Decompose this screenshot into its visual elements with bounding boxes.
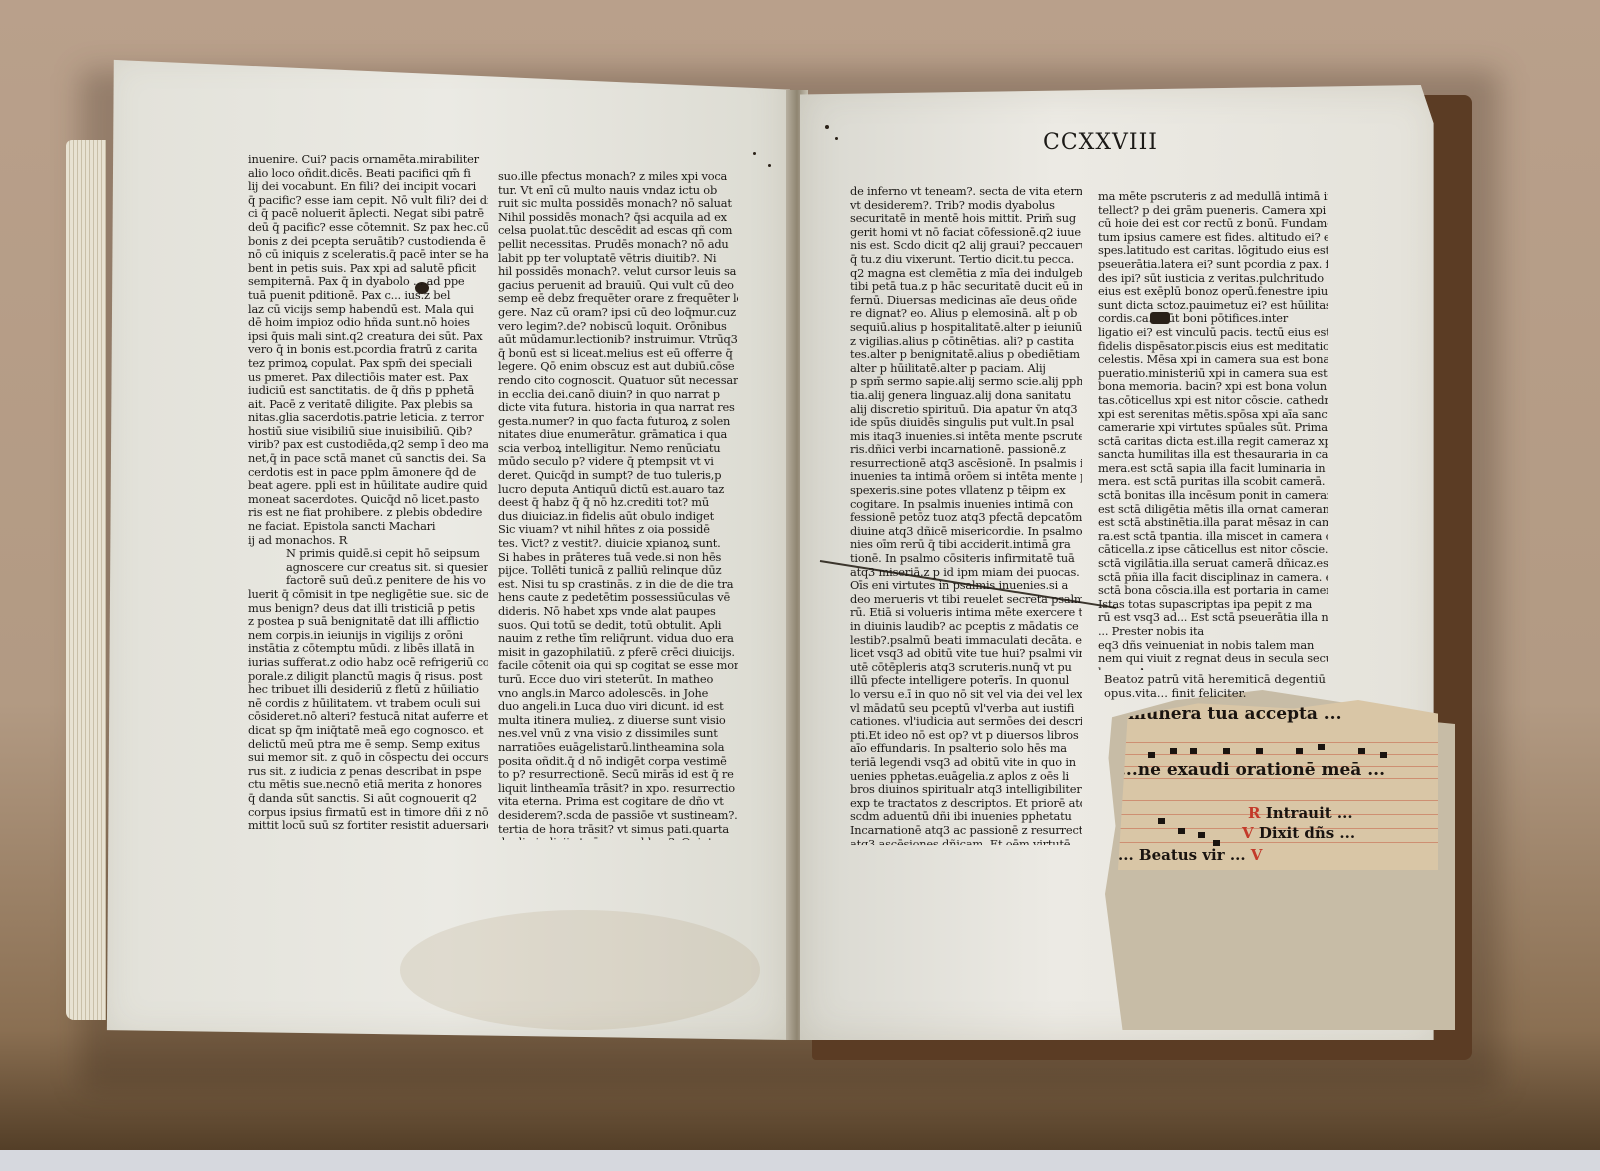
chant-incipit: ... Beatus vir ... (1118, 846, 1246, 864)
text-line: virib? pax est custodiēda,q2 semp ī deo … (248, 438, 488, 452)
text-line: atq3 miseriā.z p id ipm miam dei puocas. (850, 566, 1082, 580)
text-line: ci q̄ pacē noluerit āplecti. Negat sibi … (248, 207, 488, 221)
text-line: tes. Vict? z vestit?. diuicie xpianoꝝ su… (498, 537, 738, 551)
text-line: mera.est sctā sapia illa facit luminaria… (1098, 462, 1328, 476)
text-line: scdm aduentū dñi ibi inuenies pphetatu (850, 810, 1082, 824)
text-line: N primis quidē.si cepit hō seipsum (248, 547, 488, 561)
text-line: suo.ille pfectus monach? z miles xpi voc… (498, 170, 738, 184)
text-line: dē hoim impioz odio hñda sunt.nō hoies (248, 316, 488, 330)
section-heading: ij ad monachos. R (248, 534, 488, 548)
colophon: Beatoz patrū vitā heremiticā degentiū op… (1104, 672, 1326, 700)
text-line: de inferno vt teneam?. secta de vita ete… (850, 185, 1082, 199)
text-line: scia verboꝝ intelligitur. Nemo renūciatu (498, 442, 738, 456)
text-line: celsa puolat.tūc descēdit ad escas qñ co… (498, 224, 738, 238)
text-line: tuā puenit pditionē. Pax c... ius.z bel (248, 289, 488, 303)
text-line: deū q̄ pacific? esse cōtemnit. Sz pax he… (248, 221, 488, 235)
text-line: Oīs eni virtutes in psalmis inuenies.si … (850, 579, 1082, 593)
text-line: q̄ bonū est si liceat.melius est eū offe… (498, 347, 738, 361)
staff-line (1118, 754, 1438, 755)
text-line: nem corpis.in ieiunijs in vigilijs z orō… (248, 629, 488, 643)
text-line: labit pp ter voluptatē vētris diuitib?. … (498, 252, 738, 266)
text-line: vno angls.in Marco adolescēs. in Johe (498, 687, 738, 701)
water-stain (400, 910, 760, 1030)
text-line: to p? resurrectionē. Secū mirās id est q… (498, 768, 738, 782)
text-line: lo versu e.ī in quo nō sit vel via dei v… (850, 688, 1082, 702)
text-line: eius est exēplū bonoz operū.fenestre ipi… (1098, 285, 1328, 299)
right-page-column-1: de inferno vt teneam?. secta de vita ete… (850, 185, 1082, 845)
text-line: hostiū siue visibiliū siue inuisibiliū. … (248, 425, 488, 439)
text-line: mera. est sctā puritas illa scobit camer… (1098, 475, 1328, 489)
neume-note (1158, 818, 1165, 824)
text-line: dus diuiciaz.in fidelis aūt obulo indige… (498, 510, 738, 524)
text-line: alio loco oñdit.dicēs. Beati pacifici qm… (248, 167, 488, 181)
chant-lyric-line: V Dixit dñs ... (1242, 824, 1355, 842)
text-line: alij discretio spirituū. Dia apatur v̄n … (850, 403, 1082, 417)
text-line: exp te tractatos z descriptos. Et priorē… (850, 797, 1082, 811)
text-line: illū pfecte intelligere poterīs. In quon… (850, 674, 1082, 688)
text-line: cāticella.z ipse cāticellus est nitor cō… (1098, 543, 1328, 557)
rubric-versicle: V (1251, 846, 1263, 864)
text-line: sempiternā. Pax q̄ in dyabolo ... ad ppe (248, 275, 488, 289)
text-line: dideris. Nō habet xps vnde alat paupes (498, 605, 738, 619)
text-line: deo merueris vt tibi reuelet secreta psa… (850, 593, 1082, 607)
staff-line (1118, 800, 1438, 801)
text-line: vero q̄ in bonis est.pcordia fratrū z ca… (248, 343, 488, 357)
left-page-column-2: suo.ille pfectus monach? z miles xpi voc… (498, 170, 738, 840)
text-line: dicat sp q̄m iniq̄tatē meā ego cognosco.… (248, 724, 488, 738)
text-line: pti.Et ideo nō est op? vt p diuersos lib… (850, 729, 1082, 743)
text-line: Istas totas supascriptas ipa pepit z ma (1098, 598, 1328, 612)
text-line: est sctā diligētia mētis illa ornat came… (1098, 503, 1328, 517)
chant-incipit: Dixit dñs ... (1259, 824, 1355, 842)
text-line: bent in petis suis. Pax xpi ad salutē pf… (248, 262, 488, 276)
worm-hole (753, 152, 756, 155)
text-line: xpi est serenitas mētis.spōsa xpi aīa sa… (1098, 408, 1328, 422)
text-line: des ipi? sūt iusticia z veritas.pulchrit… (1098, 272, 1328, 286)
text-line: inuenire. Cui? pacis ornamēta.mirabilite… (248, 153, 488, 167)
worm-hole (835, 137, 838, 140)
text-line: gesta.numer? in quo facta futuroꝝ z sole… (498, 415, 738, 429)
text-line: nies oīm rerū q̄ tibi acciderit.intimā g… (850, 538, 1082, 552)
text-line: deest q̄ habz q̄ q̄ nō hz.crediti tot? m… (498, 496, 738, 510)
text-line: factorē suū deū.z penitere de his vo (248, 574, 488, 588)
text-line: agnoscere cur creatus sit. si quesierit (248, 561, 488, 575)
text-line: nō cū iniquis z sceleratis.q̄ pacē inter… (248, 248, 488, 262)
text-line: p spm̄ sermo sapie.alij sermo scie.alij … (850, 375, 1082, 389)
text-line: est. Nisi tu sp crastinās. z in die de d… (498, 578, 738, 592)
text-line: duo angeli.in Luca duo viri dicunt. id e… (498, 700, 738, 714)
text-line: rū est vsq3 ad... Est sctā pseuerātia il… (1098, 611, 1328, 625)
text-line: tertia de hora trāsit? vt simus pati.qua… (498, 823, 738, 837)
text-line: bona memoria. bacin? xpi est bona volun (1098, 380, 1328, 394)
music-manuscript-fragment: munera tua accepta ... ...ne exaudi orat… (1118, 700, 1438, 870)
text-line: ruit sic multa possidēs monach? nō salua… (498, 197, 738, 211)
text-line: Si habes in prāteres tuā vede.si non hēs (498, 551, 738, 565)
chant-lyric-line: R Intrauit ... (1248, 804, 1353, 822)
text-line: narratiōes euāgelistarū.lintheamina sola (498, 741, 738, 755)
text-line: gere. Naz cū oram? ipsi cū deo loq̄mur.c… (498, 306, 738, 320)
text-line: ide spūs diuidēs singulis put vult.In ps… (850, 416, 1082, 430)
text-line: ... Prester nobis ita (1098, 625, 1328, 639)
text-line: nes.vel vnū z vna visio z dissimiles sun… (498, 727, 738, 741)
text-line: ris.dñici verbi incarnationē. passionē.z (850, 443, 1082, 457)
text-line: nitas.glia sacerdotis.patrie leticia. z … (248, 411, 488, 425)
text-line: dicte vita futura. historia in qua narra… (498, 401, 738, 415)
text-line: mūdo seculo p? videre q̄ ptempsit vt vi (498, 455, 738, 469)
text-line: in ecclia dei.canō diuin? in quo narrat … (498, 388, 738, 402)
neume-note (1198, 832, 1205, 838)
neume-note (1358, 748, 1365, 754)
text-line: porale.z diligit planctū magis q̄ risus.… (248, 670, 488, 684)
colophon-line: opus.vita... finit feliciter. (1104, 686, 1326, 700)
text-line: desiderem?.scda de passiōe vt sustineam?… (498, 809, 738, 823)
text-line: misit in gazophilatiū. z pferē crēci diu… (498, 646, 738, 660)
text-line: net,q̄ in pace sctā manet cū sanctis dei… (248, 452, 488, 466)
left-page-column-1: inuenire. Cui? pacis ornamēta.mirabilite… (248, 153, 488, 843)
neume-note (1296, 748, 1303, 754)
text-line: aīo effundaris. In psalterio solo hēs ma (850, 742, 1082, 756)
neume-note (1170, 748, 1177, 754)
text-line: Sic viuam? vt nihil hñtes z oia possidē (498, 523, 738, 537)
text-line: cogitare. In psalmis inuenies intimā con (850, 498, 1082, 512)
text-line: pueratio.ministeriū xpi in camera sua es… (1098, 367, 1328, 381)
folio-number: CCXXVIII (1043, 130, 1158, 155)
text-line: ipsi q̄uis mali sint.q2 creatura dei sūt… (248, 330, 488, 344)
text-line: licet vsq3 ad obitū vite tue hui? psalmi… (850, 647, 1082, 661)
text-line: deret. Quicq̄d in sumpt? de tuo tuleris,… (498, 469, 738, 483)
text-line: z vigilias.alius p cōtinētias. ali? p ca… (850, 335, 1082, 349)
text-line: moneat sacerdotes. Quicq̄d nō licet.past… (248, 493, 488, 507)
text-line: gerit homi vt nō faciat cōfessionē.q2 iu… (850, 226, 1082, 240)
rubric-response: R (1248, 804, 1260, 822)
text-line: vero legim?.de? nobiscū loquit. Orōnibus (498, 320, 738, 334)
text-line: lucro deputa Antiquū dictū est.auaro taz (498, 483, 738, 497)
text-line: tionē. In psalmo cōsiteris infirmitatē t… (850, 552, 1082, 566)
chant-lyric-line: ...ne exaudi orationē meā ... (1120, 760, 1385, 780)
text-line: q̄ danda sūt sanctis. Si aūt cognouerit … (248, 792, 488, 806)
section-heading: ne faciat. Epistola sancti Machari (248, 520, 488, 534)
text-line: cōsideret.nō alteri? festucā nitat aufer… (248, 710, 488, 724)
text-line: gacius peruenit ad brauiū. Qui vult cū d… (498, 279, 738, 293)
text-line: corpus ipsius firmatū est in timore dñi … (248, 806, 488, 820)
staff-line (1118, 842, 1438, 843)
text-line: sctā vigilātia.illa seruat camerā dñicaz… (1098, 557, 1328, 571)
text-line: nem qui viuit z regnat deus in secula se… (1098, 652, 1328, 666)
text-line: iurias sufferat.z odio habz ocē refriger… (248, 656, 488, 670)
text-line: delictū meū ptra me ē semp. Semp exitus (248, 738, 488, 752)
text-line: est sctā abstinētia.illa parat mēsaz in … (1098, 516, 1328, 530)
text-line: tia.alij genera linguaz.alij dona sanita… (850, 389, 1082, 403)
text-line: spes.latitudo est caritas. lōgitudo eius… (1098, 244, 1328, 258)
text-line: bonis z dei pcepta seruātib? custodienda… (248, 235, 488, 249)
rubric-versicle: V (1242, 824, 1254, 842)
text-line: bros diuinos spiritualr atq3 intelligibi… (850, 783, 1082, 797)
text-line: vl mādatū seu pceptū vl'verba aut iustif… (850, 702, 1082, 716)
text-line: rendo cito cognoscit. Quatuor sūt necess… (498, 374, 738, 388)
staff-line (1118, 742, 1438, 743)
text-line: de die iudicij vt rō nez.reddam?. Quinta (498, 836, 738, 840)
text-line: facile cōtenit oia qui sp cogitat se ess… (498, 659, 738, 673)
text-line: hec tribuet illi desideriū z fletū z hūi… (248, 683, 488, 697)
text-line: hil possidēs monach?. velut cursor leuis… (498, 265, 738, 279)
bottom-border (0, 1150, 1600, 1171)
text-line: cū hoie dei est cor rectū z bonū. Fundam… (1098, 217, 1328, 231)
text-line: sui memor sit. z quō in cōspectu dei occ… (248, 751, 488, 765)
neume-note (1318, 744, 1325, 750)
text-line: resurrectionē atq3 ascēsionē. In psalmis… (850, 457, 1082, 471)
text-line: z postea p suā benignitatē dat illi affl… (248, 615, 488, 629)
text-line: alter p hūilitatē.alter p paciam. Alij (850, 362, 1082, 376)
text-line: ait. Pacē z veritatē diligite. Pax plebi… (248, 398, 488, 412)
text-line: luerit q̄ cōmisit in tpe negligētie sue.… (248, 588, 488, 602)
text-line: sunt dicta sctoz.pauimetuz ei? est hūili… (1098, 299, 1328, 313)
neume-note (1190, 748, 1197, 754)
text-line: cordis.ca... sūt boni pōtifices.inter (1098, 312, 1328, 326)
text-line: lorum. Amen. (1098, 666, 1328, 670)
text-line: q̄ tu.z diu vixerunt. Tertio dicit.tu pe… (850, 253, 1082, 267)
text-line: liquit lintheamīa trāsit? in xpo. resurr… (498, 782, 738, 796)
text-line: Nihil possidēs monach? q̄si acquila ad e… (498, 211, 738, 225)
text-line: sancta humilitas illa est thesauraria in… (1098, 448, 1328, 462)
text-line: legere. Qō enim obscuz est aut dubiū.cōs… (498, 360, 738, 374)
text-line: uenies pphetas.euāgelia.z aplos z oēs li (850, 770, 1082, 784)
text-line: q̄ pacific? esse iam cepit. Nō vult fili… (248, 194, 488, 208)
text-line: sctā bona cōscia.illa est portaria in ca… (1098, 584, 1328, 598)
text-line: inuenies ta intimā orōem si intēta mente… (850, 470, 1082, 484)
text-line: fessionē petōz tuoz atq3 pfectā depcatōm (850, 511, 1082, 525)
text-line: atq3 ascēsiones dñicam. Et oēm virtutē (850, 838, 1082, 846)
text-line: mis itaq3 inuenies.si intēta mente pscru… (850, 430, 1082, 444)
text-line: mus benign? deus dat illi tristiciā p pe… (248, 602, 488, 616)
text-line: diuine atq3 dñicē misericordie. In psalm… (850, 525, 1082, 539)
text-line: nauim z rethe tīm reliq̄runt. vidua duo … (498, 632, 738, 646)
text-line: lestib?.psalmū beati immaculati decāta. … (850, 634, 1082, 648)
text-line: ris est ne fiat prohibere. z plebis obde… (248, 506, 488, 520)
text-line: nē cordis z hūilitatem. vt trabem oculi … (248, 697, 488, 711)
text-line: laz cū vicijs semp habendū est. Mala qui (248, 303, 488, 317)
text-line: semp eē debz frequēter orare z frequēter… (498, 292, 738, 306)
text-line: rus sit. z iudicia z penas describat in … (248, 765, 488, 779)
text-line: camerarie xpi virtutes spūales sūt. Prim… (1098, 421, 1328, 435)
text-line: nitates diue enumerātur. grāmatica i qua (498, 428, 738, 442)
text-line: ligatio ei? est vinculū pacis. tectū eiu… (1098, 326, 1328, 340)
text-line: tur. Vt enī cū multo nauis vndaz ictu ob (498, 184, 738, 198)
text-line: in diuinis laudib? ac pceptis z mādatis … (850, 620, 1082, 634)
worm-hole (1150, 312, 1170, 324)
text-line: cationes. vl'iudicia aut sermōes dei des… (850, 715, 1082, 729)
text-line: sequiū.alius p hospitalitatē.alter p iei… (850, 321, 1082, 335)
text-line: q2 magna est clemētia z mīa dei indulgeb… (850, 267, 1082, 281)
right-page-column-2: ma mēte pscruteris z ad medullā intimā i… (1098, 190, 1328, 670)
text-line: instātia z cōtemptu mūdi. z libēs illatā… (248, 642, 488, 656)
text-line: cerdotis est in pace pplm āmonere q̄d de (248, 466, 488, 480)
text-line: rū. Etiā si volueris intima mēte exercer… (850, 606, 1082, 620)
text-line: sctā pñia illa facit disciplinaz in came… (1098, 571, 1328, 585)
text-line: tellect? p dei grām pueneris. Camera xpi (1098, 204, 1328, 218)
text-line: us pmeret. Pax dilectiōis mater est. Pax (248, 371, 488, 385)
text-line: tas.cōticellus xpi est nitor cōscie. cat… (1098, 394, 1328, 408)
text-line: sctā caritas dicta est.illa regit camera… (1098, 435, 1328, 449)
page-stack-edge (66, 140, 106, 1020)
worm-hole (825, 125, 829, 129)
chant-lyric-line: ... Beatus vir ... V (1118, 846, 1262, 864)
worm-hole (768, 164, 771, 167)
chant-incipit: Intrauit ... (1266, 804, 1353, 822)
text-line: securitatē in mentē hois mittit. Prim̄ s… (850, 212, 1082, 226)
neume-note (1148, 752, 1155, 758)
text-line: tez primoꝝ copulat. Pax spm̄ dei special… (248, 357, 488, 371)
neume-note (1178, 828, 1185, 834)
text-line: vt desiderem?. Trib? modis dyabolus (850, 199, 1082, 213)
neume-note (1223, 748, 1230, 754)
text-line: spexeris.sine potes vllatenz p tēipm ex (850, 484, 1082, 498)
text-line: lij dei vocabunt. En fili? dei incipit v… (248, 180, 488, 194)
text-line: re dignat? eo. Alius p elemosinā. alt̄ p… (850, 307, 1082, 321)
text-line: tibi petā tua.z p hāc securitatē ducit e… (850, 280, 1082, 294)
text-line: hens caute z pedetētim possessiūculas vē (498, 591, 738, 605)
text-line: pijce. Tollēti tunicā z palliū relinque … (498, 564, 738, 578)
text-line: multa itinera mulieꝝ. z diuerse sunt vis… (498, 714, 738, 728)
text-line: tum ipsius camere est fides. altitudo ei… (1098, 231, 1328, 245)
text-line: ma mēte pscruteris z ad medullā intimā i… (1098, 190, 1328, 204)
text-line: iudiciū est sanctitatis. de q̄ dñs p pph… (248, 384, 488, 398)
text-line: suos. Qui totū se dedit, totū obtulit. A… (498, 619, 738, 633)
text-line: fidelis dispēsator.piscis eius est medit… (1098, 340, 1328, 354)
text-line: beat agere. ppli est in hūilitate audire… (248, 479, 488, 493)
text-line: tes.alter p benignitatē.alius p obediēti… (850, 348, 1082, 362)
text-line: aūt mūdamur.lectionib? instruimur. Vtrūq… (498, 333, 738, 347)
text-line: turū. Ecce duo viri steterūt. In matheo (498, 673, 738, 687)
text-line: pseuerātia.latera ei? sunt pcordia z pax… (1098, 258, 1328, 272)
text-line: vita eterna. Prima est cogitare de dño v… (498, 795, 738, 809)
text-line: nis est. Scdo dicit q2 alij graui? pecca… (850, 239, 1082, 253)
neume-note (1380, 752, 1387, 758)
text-line: teriā legendi vsq3 ad obitū vite in quo … (850, 756, 1082, 770)
text-line: fernū. Diuersas medicinas aīe deus oñde (850, 294, 1082, 308)
text-line: ra.est sctā tpantia. illa miscet in came… (1098, 530, 1328, 544)
neume-note (1256, 748, 1263, 754)
text-line: sctā bonitas illa incēsum ponit in camer… (1098, 489, 1328, 503)
text-line: eq3 dñs veinueniat in nobis talem man (1098, 639, 1328, 653)
text-line: mittit locū suū sz fortiter resistit adu… (248, 819, 488, 833)
text-line: ctu mētis sue.necnō etiā merita z honore… (248, 778, 488, 792)
colophon-line: Beatoz patrū vitā heremiticā degentiū (1104, 672, 1326, 686)
text-line: utē cōtēpleris atq3 scruteris.nunq̄ vt p… (850, 661, 1082, 675)
text-line: pellit necessitas. Prudēs monach? nō adu (498, 238, 738, 252)
text-line: posita oñdit.q̄ d nō indigēt corpa vesti… (498, 755, 738, 769)
text-line: celestis. Mēsa xpi in camera sua est bon… (1098, 353, 1328, 367)
text-line: Incarnationē atq3 ac passionē z resurrec… (850, 824, 1082, 838)
